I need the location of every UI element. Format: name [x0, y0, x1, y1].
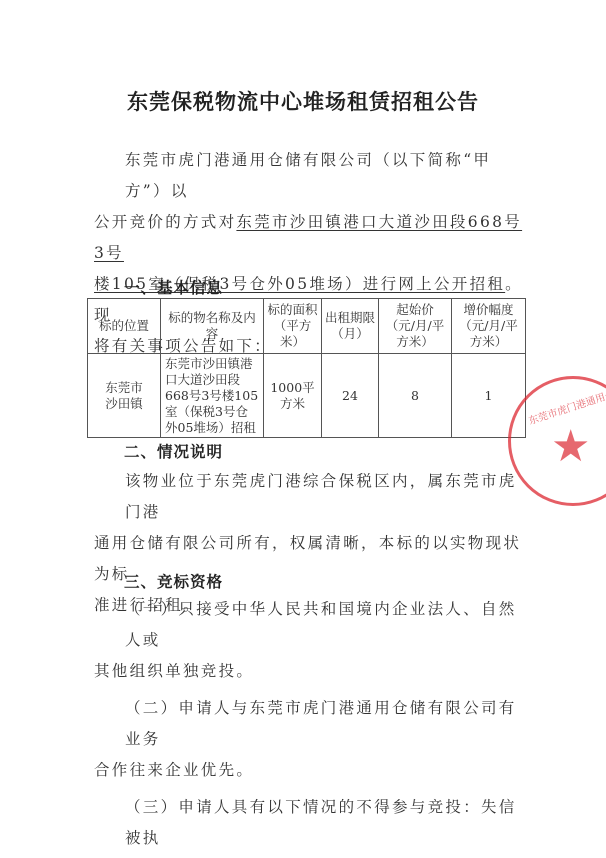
header-increment: 增价幅度（元/月/平方米） — [452, 299, 526, 354]
qualification-item-3: （三）申请人具有以下情况的不得参与竞投：失信被执 — [94, 792, 524, 854]
header-term: 出租期限（月） — [322, 299, 379, 354]
intro-line-1: 东莞市虎门港通用仓储有限公司（以下简称“甲方”）以 — [94, 145, 524, 207]
section-heading-situation: 二、情况说明 — [124, 440, 223, 462]
qualification-item-2: （二）申请人与东莞市虎门港通用仓储有限公司有业务 — [94, 693, 524, 755]
section-heading-basic-info: 一、基本信息 — [124, 276, 223, 298]
cell-term: 24 — [322, 354, 379, 438]
page-title: 东莞保税物流中心堆场租赁招租公告 — [0, 86, 606, 116]
qualification-item-2-cont: 合作往来企业优先。 — [94, 755, 524, 786]
header-start-price: 起始价（元/月/平方米） — [379, 299, 452, 354]
cell-area: 1000平方米 — [264, 354, 322, 438]
basic-info-table: 标的位置 标的物名称及内容 标的面积（平方米） 出租期限（月） 起始价（元/月/… — [87, 298, 526, 438]
cell-start-price: 8 — [379, 354, 452, 438]
header-name: 标的物名称及内容 — [161, 299, 264, 354]
header-area: 标的面积（平方米） — [264, 299, 322, 354]
situation-line-1: 该物业位于东莞虎门港综合保税区内，属东莞市虎门港 — [94, 466, 524, 528]
table-header-row: 标的位置 标的物名称及内容 标的面积（平方米） 出租期限（月） 起始价（元/月/… — [88, 299, 526, 354]
qualification-paragraph: （一）只接受中华人民共和国境内企业法人、自然人或 其他组织单独竞投。 （二）申请… — [94, 594, 524, 854]
cell-name: 东莞市沙田镇港口大道沙田段668号3号楼105室（保税3号仓外05堆场）招租 — [161, 354, 264, 438]
seal-text: 东莞市虎门港通用仓储有限公司 — [526, 370, 606, 428]
intro-line-2: 公开竞价的方式对东莞市沙田镇港口大道沙田段668号3号 — [94, 207, 524, 269]
cell-location: 东莞市沙田镇 — [88, 354, 161, 438]
header-location: 标的位置 — [88, 299, 161, 354]
intro-text: 公开竞价的方式对 — [94, 213, 236, 231]
table-row: 东莞市沙田镇 东莞市沙田镇港口大道沙田段668号3号楼105室（保税3号仓外05… — [88, 354, 526, 438]
section-heading-qualification: 三、竞标资格 — [124, 570, 223, 592]
seal-star-icon: ★ — [551, 421, 590, 472]
qualification-item-1-cont: 其他组织单独竞投。 — [94, 656, 524, 687]
qualification-item-1: （一）只接受中华人民共和国境内企业法人、自然人或 — [94, 594, 524, 656]
